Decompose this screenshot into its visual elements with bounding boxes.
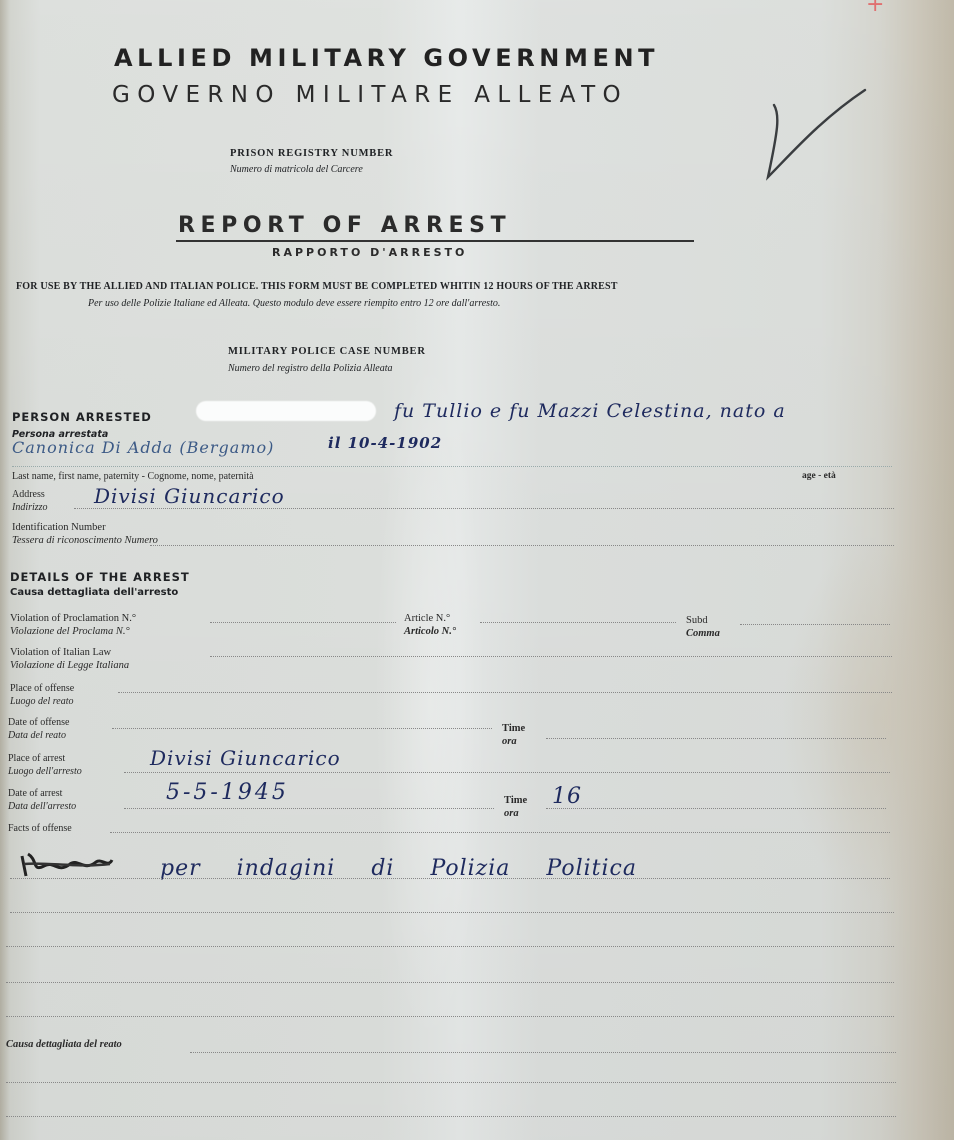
- instructions-en: FOR USE BY THE ALLIED AND ITALIAN POLICE…: [16, 281, 618, 292]
- prison-registry-label: PRISON REGISTRY NUMBER: [230, 148, 393, 159]
- address-label-en: Address: [12, 489, 45, 500]
- red-mark: +: [866, 0, 884, 17]
- title-en: ALLIED MILITARY GOVERNMENT: [114, 44, 659, 72]
- age-caption: age - età: [802, 470, 836, 483]
- instructions-it: Per uso delle Polizie Italiane ed Alleat…: [88, 298, 500, 309]
- place-arrest-value[interactable]: Divisi Giuncarico: [150, 746, 341, 770]
- place-offense-line: [118, 692, 892, 693]
- address-label-it: Indirizzo: [12, 501, 48, 514]
- italian-law-label: Violation of Italian Law Violazione di L…: [10, 646, 129, 672]
- checkmark-icon: [760, 85, 870, 185]
- article-label-en: Article N.°: [404, 613, 450, 624]
- date-arrest-label: Date of arrest Data dell'arresto: [8, 787, 76, 813]
- subd-line: [740, 624, 890, 625]
- details-title-it: Causa dettagliata dell'arresto: [10, 587, 178, 598]
- place-offense-label: Place of offense Luogo del reato: [10, 682, 74, 708]
- person-handwritten-line2-b[interactable]: il 10-4-1902: [328, 434, 442, 452]
- time-arrest-label-en: Time: [504, 795, 527, 806]
- time-arrest-value[interactable]: 16: [552, 784, 582, 809]
- proclamation-label: Violation of Proclamation N.° Violazione…: [10, 612, 136, 638]
- article-line: [480, 622, 676, 623]
- facts-label: Facts of offense: [8, 822, 72, 835]
- time-arrest-line: [546, 808, 886, 809]
- details-title: DETAILS OF THE ARREST: [10, 570, 190, 584]
- time-offense-label-it: ora: [502, 735, 525, 748]
- place-arrest-label-it: Luogo dell'arresto: [8, 765, 82, 778]
- report-title-it: RAPPORTO D'ARRESTO: [272, 246, 467, 259]
- name-line: [12, 466, 892, 467]
- proclamation-label-en: Violation of Proclamation N.°: [10, 613, 136, 624]
- report-title: REPORT OF ARREST: [178, 213, 511, 238]
- title-it: GOVERNO MILITARE ALLEATO: [112, 82, 628, 108]
- date-offense-label: Date of offense Data del reato: [8, 716, 69, 742]
- name-caption: Last name, first name, paternity - Cogno…: [12, 470, 254, 483]
- time-arrest-label-it: ora: [504, 807, 527, 820]
- prison-registry-label-it: Numero di matricola del Carcere: [230, 164, 363, 175]
- facts-line-2: [10, 912, 894, 913]
- article-label-it: Articolo N.°: [404, 625, 456, 638]
- italian-law-label-it: Violazione di Legge Italiana: [10, 659, 129, 672]
- case-number-label: MILITARY POLICE CASE NUMBER: [228, 346, 426, 357]
- time-arrest-label: Time ora: [504, 794, 527, 820]
- article-label: Article N.° Articolo N.°: [404, 612, 456, 638]
- address-label: Address Indirizzo: [12, 488, 48, 514]
- proclamation-line: [210, 622, 396, 623]
- id-label-en: Identification Number: [12, 522, 106, 533]
- id-line: [150, 545, 894, 546]
- time-offense-label-en: Time: [502, 723, 525, 734]
- scribble-icon: [18, 850, 114, 878]
- cause-label: Causa dettagliata del reato: [6, 1038, 122, 1051]
- cause-line-2: [6, 1082, 896, 1083]
- id-label-it: Tessera di riconoscimento Numero: [12, 534, 158, 547]
- place-arrest-line: [124, 772, 890, 773]
- date-offense-label-it: Data del reato: [8, 729, 69, 742]
- address-line: [74, 508, 894, 509]
- facts-line: [110, 832, 890, 833]
- date-arrest-value[interactable]: 5-5-1945: [166, 780, 289, 805]
- facts-line-5: [6, 1016, 894, 1017]
- person-handwritten-line1[interactable]: fu Tullio e fu Mazzi Celestina, nato a: [394, 400, 786, 422]
- subd-label-it: Comma: [686, 627, 720, 640]
- proclamation-label-it: Violazione del Proclama N.°: [10, 625, 136, 638]
- subd-label-en: Subd: [686, 615, 708, 626]
- place-arrest-label: Place of arrest Luogo dell'arresto: [8, 752, 82, 778]
- date-arrest-label-it: Data dell'arresto: [8, 800, 76, 813]
- time-offense-line: [546, 738, 886, 739]
- address-value[interactable]: Divisi Giuncarico: [94, 484, 285, 508]
- facts-line-4: [6, 982, 894, 983]
- person-arrested-label: PERSON ARRESTED: [12, 410, 152, 424]
- italian-law-label-en: Violation of Italian Law: [10, 647, 111, 658]
- report-title-rule: [176, 240, 694, 242]
- place-arrest-label-en: Place of arrest: [8, 753, 65, 764]
- time-offense-label: Time ora: [502, 722, 525, 748]
- case-number-label-it: Numero del registro della Polizia Alleat…: [228, 363, 393, 374]
- date-arrest-line: [124, 808, 494, 809]
- date-arrest-label-en: Date of arrest: [8, 788, 62, 799]
- date-offense-label-en: Date of offense: [8, 717, 69, 728]
- date-offense-line: [112, 728, 492, 729]
- redacted-name: [196, 401, 376, 421]
- facts-line-3: [6, 946, 894, 947]
- subd-label: Subd Comma: [686, 614, 720, 640]
- place-offense-label-it: Luogo del reato: [10, 695, 74, 708]
- facts-line-1: [10, 878, 890, 879]
- scribbled-out-word: [18, 850, 114, 878]
- cause-line-3: [6, 1116, 896, 1117]
- id-label: Identification Number Tessera di riconos…: [12, 521, 158, 547]
- person-handwritten-line2-a[interactable]: Canonica Di Adda (Bergamo): [12, 438, 274, 457]
- place-offense-label-en: Place of offense: [10, 683, 74, 694]
- cause-line: [190, 1052, 896, 1053]
- italian-law-line: [210, 656, 892, 657]
